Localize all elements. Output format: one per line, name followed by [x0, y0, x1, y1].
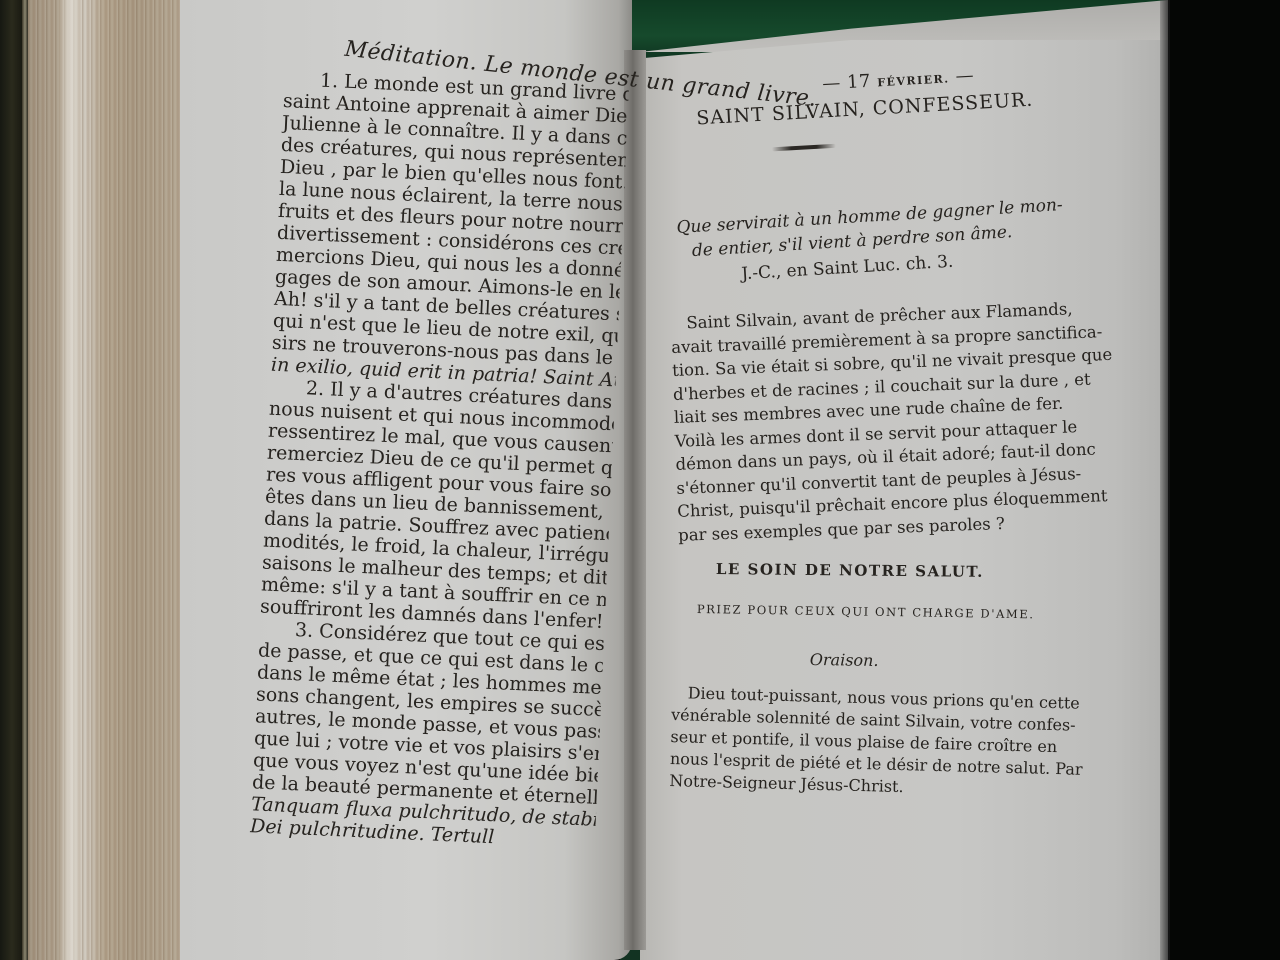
date-day: 17: [846, 71, 871, 93]
section-title: LE SOIN DE NOTRE SALUT.: [716, 560, 984, 581]
saint-biography: Saint Silvain, avant de prêcher aux Flam…: [670, 298, 1054, 547]
page-block-edges: [28, 0, 180, 960]
left-page-text: Méditation. Le monde est un grand livre.…: [250, 36, 631, 853]
oraison-heading: Oraison.: [810, 650, 879, 670]
prayer-text: Dieu tout-puissant, nous vous prions qu'…: [669, 682, 1048, 802]
dash: —: [822, 72, 842, 94]
book-photo: Méditation. Le monde est un grand livre.…: [0, 0, 1280, 960]
book-gutter: [624, 50, 646, 950]
dark-background: [1168, 0, 1280, 960]
date-month: FÉVRIER.: [877, 72, 950, 89]
dash: —: [955, 65, 975, 87]
saint-title: SAINT SILVAIN, CONFESSEUR.: [679, 88, 1050, 131]
right-page-edge-shadow: [1160, 0, 1170, 960]
